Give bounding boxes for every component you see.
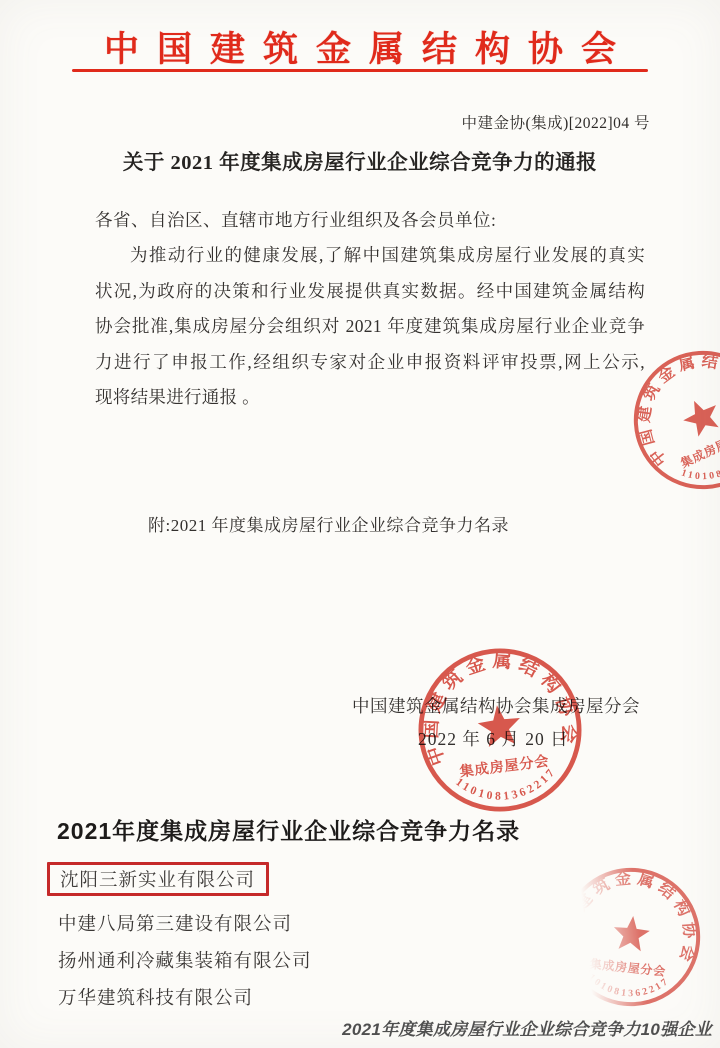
seal-graphic: 中国建筑金属结构协会 集成房屋分会 1101081362217 (551, 857, 711, 1017)
body-line: 为推动行业的健康发展,了解中国建筑集成房屋行业发展的真实 (95, 238, 645, 274)
company-list-item: 扬州通利冷藏集装箱有限公司 (58, 944, 312, 981)
seal-number: 1101081362217 (579, 967, 672, 1004)
body-line: 现将结果进行通报 。 (95, 380, 645, 416)
body-line: 协会批准,集成房屋分会组织对 2021 年度建筑集成房屋行业企业竞争 (95, 309, 645, 345)
star-icon (612, 914, 651, 952)
seal-branch-text: 集成房屋分会 (589, 956, 667, 979)
highlighted-company-name: 沈阳三新实业有限公司 (60, 866, 255, 892)
salutation-line: 各省、自治区、直辖市地方行业组织及各会员单位: (95, 207, 496, 232)
body-line: 状况,为政府的决策和行业发展提供真实数据。经中国建筑金属结构 (95, 274, 645, 310)
seal-number: 1101081362217 (452, 764, 562, 809)
header-divider-rule (72, 69, 648, 72)
svg-text:1101081362217: 1101081362217 (579, 967, 672, 1004)
seal-number: 1101081362217 (676, 432, 720, 495)
seal-branch-text: 集成房屋分会 (459, 753, 551, 781)
star-icon (678, 393, 720, 439)
footnote-caption: 2021年度集成房屋行业企业综合竞争力10强企业 (342, 1015, 712, 1040)
document-number: 中建金协(集成)[2022]04 号 (461, 111, 650, 133)
signature-date: 2022 年 6 月 20 日 (418, 726, 569, 751)
company-list-item: 万华建筑科技有限公司 (58, 981, 312, 1018)
body-line: 力进行了申报工作,经组织专家对企业申报资料评审投票,网上公示, (95, 345, 645, 381)
association-header-title: 中国建筑金属结构协会 (0, 22, 720, 72)
company-list: 中建八局第三建设有限公司 扬州通利冷藏集装箱有限公司 万华建筑科技有限公司 (58, 907, 312, 1019)
body-paragraph: 为推动行业的健康发展,了解中国建筑集成房屋行业发展的真实 状况,为政府的决策和行… (95, 238, 645, 416)
document-page: 中国建筑金属结构协会 中建金协(集成)[2022]04 号 关于 2021 年度… (0, 0, 720, 1048)
highlighted-company-box: 沈阳三新实业有限公司 (47, 862, 269, 896)
company-list-item: 中建八局第三建设有限公司 (58, 907, 312, 944)
official-seal-stamp-edge-lower: 中国建筑金属结构协会 集成房屋分会 1101081362217 (551, 857, 711, 1017)
svg-text:中国建筑金属结构协会: 中国建筑金属结构协会 (560, 861, 707, 969)
seal-branch-text: 集成房屋分会 (678, 425, 720, 471)
list-section-heading: 2021年度集成房屋行业企业综合竞争力名录 (57, 813, 520, 846)
attachment-line: 附:2021 年度集成房屋行业企业综合竞争力名录 (148, 511, 509, 536)
signature-organization: 中国建筑金属结构协会集成房屋分会 (352, 693, 640, 718)
document-title: 关于 2021 年度集成房屋行业企业综合竞争力的通报 (0, 145, 720, 175)
svg-text:1101081362217: 1101081362217 (676, 432, 720, 495)
svg-text:1101081362217: 1101081362217 (452, 764, 562, 809)
seal-ring-text: 中国建筑金属结构协会 (560, 861, 707, 969)
